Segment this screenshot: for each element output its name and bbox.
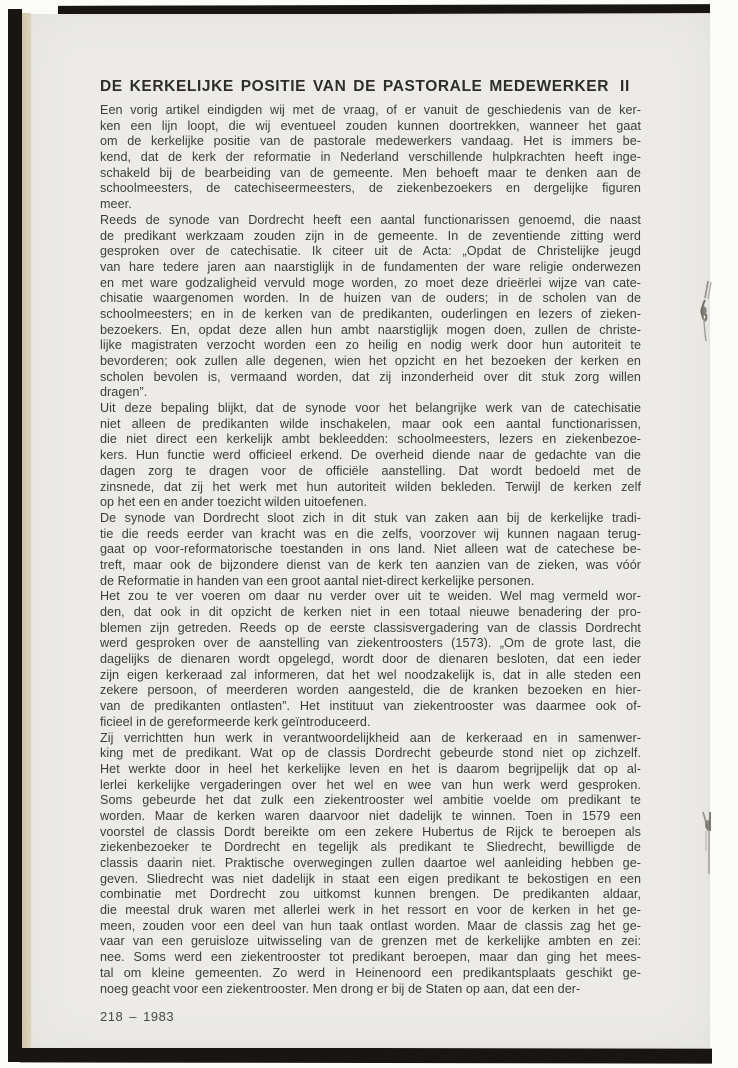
text-line: dagen zorg te dragen voor de officiële a… [100, 464, 641, 480]
text-line: zinsnede, dat zij het werk met hun autor… [100, 480, 641, 496]
text-line: de Reformatie in handen van een groot aa… [100, 574, 641, 590]
text-line: schoolmeesters; en in de kerken van de p… [100, 307, 641, 323]
text-line: combinatie met Dordrecht zou uitkomst ku… [100, 887, 641, 903]
page-number: 218 – 1983 [100, 1009, 174, 1024]
text-line: ken een lijn loopt, die wij eventueel zo… [100, 119, 641, 135]
text-line: zekere persoon, of meerderen worden aang… [100, 683, 641, 699]
paragraph: Het zou te ver voeren om daar nu verder … [100, 589, 641, 730]
text-line: lerlei kerkelijke vergaderingen over het… [100, 778, 641, 794]
text-line: Uit deze bepaling blijkt, dat de synode … [100, 401, 641, 417]
text-line: noeg geacht voor een ziekentrooster. Men… [100, 982, 641, 998]
text-line: schoolmeesters, de catechiseermeesters, … [100, 181, 641, 197]
paragraph: Reeds de synode van Dordrecht heeft een … [100, 213, 641, 401]
text-line: gesproken over de catechisatie. Ik citee… [100, 244, 641, 260]
page-title-text: DE KERKELIJKE POSITIE VAN DE PASTORALE M… [100, 78, 609, 95]
text-line: kend, dat de kerk der reformatie in Nede… [100, 150, 641, 166]
text-line: zijn eigen kerkeraad zal informeren, dat… [100, 668, 641, 684]
text-line: en met ware godzaligheid vervuld moge wo… [100, 276, 641, 292]
text-line: De synode van Dordrecht sloot zich in di… [100, 511, 641, 527]
text-line: ficieel in de gereformeerde kerk geïntro… [100, 715, 641, 731]
text-line: tie die reeds eerder van kracht was en d… [100, 527, 641, 543]
paragraph: Zij verrichtten hun werk in verantwoorde… [100, 731, 641, 998]
page-title: DE KERKELIJKE POSITIE VAN DE PASTORALE M… [100, 78, 645, 96]
text-line: schakeld bij de bearbeiding van de gemee… [100, 166, 641, 182]
text-line: Het zou te ver voeren om daar nu verder … [100, 589, 641, 605]
text-line: niet alleen de predikanten wilde inschak… [100, 417, 641, 433]
text-line: kers. Hun functie werd officieel erkend.… [100, 448, 641, 464]
scanned-book-page: { "page": { "background_color": "#ecebe7… [0, 0, 738, 1068]
text-line: van hare tedere jaren aan naarstiglijk i… [100, 260, 641, 276]
text-line: bevorderen; ook zullen alle degenen, wie… [100, 354, 641, 370]
text-line: treft, maar ook de bijzondere dienst van… [100, 558, 641, 574]
text-line: werd gesproken over de aanstelling van z… [100, 636, 641, 652]
text-line: gaat op voor-reformatorische toestanden … [100, 542, 641, 558]
text-line: Een vorig artikel eindigden wij met de v… [100, 103, 641, 119]
staple-icon [694, 280, 714, 342]
text-line: meer. [100, 197, 641, 213]
text-line: dragen”. [100, 385, 641, 401]
text-line: classis daarin niet. Praktische overwegi… [100, 856, 641, 872]
text-line: de predikant werkzaam zouden zijn in de … [100, 229, 641, 245]
text-line: om de kerkelijke positie van de pastoral… [100, 134, 641, 150]
text-line: van de predikanten ontlasten”. Het insti… [100, 699, 641, 715]
text-line: meen, zouden voor een deel van hun taak … [100, 919, 641, 935]
text-line: op het een en ander toezicht wilden uito… [100, 495, 641, 511]
text-line: dagelijks de dienaren wordt opgelegd, wo… [100, 652, 641, 668]
page-footer: 218 – 1983 [100, 1003, 174, 1024]
document-page: DE KERKELIJKE POSITIE VAN DE PASTORALE M… [31, 14, 710, 1048]
text-line: Het werkte door in heel het kerkelijke l… [100, 762, 641, 778]
text-line: ziekenbezoeker te Dordrecht en tegelijk … [100, 840, 641, 856]
text-line: tal om kleine gemeenten. Zo werd in Hein… [100, 966, 641, 982]
paragraph: Uit deze bepaling blijkt, dat de synode … [100, 401, 641, 511]
text-line: die meestal druk waren met allerlei werk… [100, 903, 641, 919]
text-line: voorstel de classis Dordt bereikte om ee… [100, 825, 641, 841]
text-line: den, dat ook in dit opzicht de kerken ni… [100, 605, 641, 621]
page-title-numeral: II [620, 78, 630, 95]
staple-icon [698, 811, 718, 875]
text-line: worden. Maar de kerken waren daarvoor ni… [100, 809, 641, 825]
scan-frame-bottom [20, 1047, 712, 1063]
scan-frame-left [8, 9, 22, 1062]
book-page-edge [22, 13, 31, 1048]
text-line: die niet direct een kerkelijk ambt bekle… [100, 432, 641, 448]
text-line: lijke magistraten verzocht worden een zo… [100, 338, 641, 354]
paragraph: De synode van Dordrecht sloot zich in di… [100, 511, 641, 589]
text-line: Soms gebeurde het dat zulk een ziekentro… [100, 793, 641, 809]
text-line: chisatie waargenomen worden. In de huize… [100, 291, 641, 307]
text-line: vaar van een geruisloze uitwisseling van… [100, 934, 641, 950]
text-line: Zij verrichtten hun werk in verantwoorde… [100, 731, 641, 747]
text-line: bezoekers. En, opdat deze allen hun ambt… [100, 323, 641, 339]
text-line: blemen zijn getreden. Reeds op de eerste… [100, 621, 641, 637]
text-line: geven. Sliedrecht was niet dadelijk in s… [100, 872, 641, 888]
article-body: Een vorig artikel eindigden wij met de v… [100, 103, 641, 997]
paragraph: Een vorig artikel eindigden wij met de v… [100, 103, 641, 213]
text-line: nee. Soms werd een ziekentrooster tot pr… [100, 950, 641, 966]
text-line: Reeds de synode van Dordrecht heeft een … [100, 213, 641, 229]
text-line: king met de predikant. Wat op de classis… [100, 746, 641, 762]
text-line: scholen bevolen is, vermaand worden, dat… [100, 370, 641, 386]
